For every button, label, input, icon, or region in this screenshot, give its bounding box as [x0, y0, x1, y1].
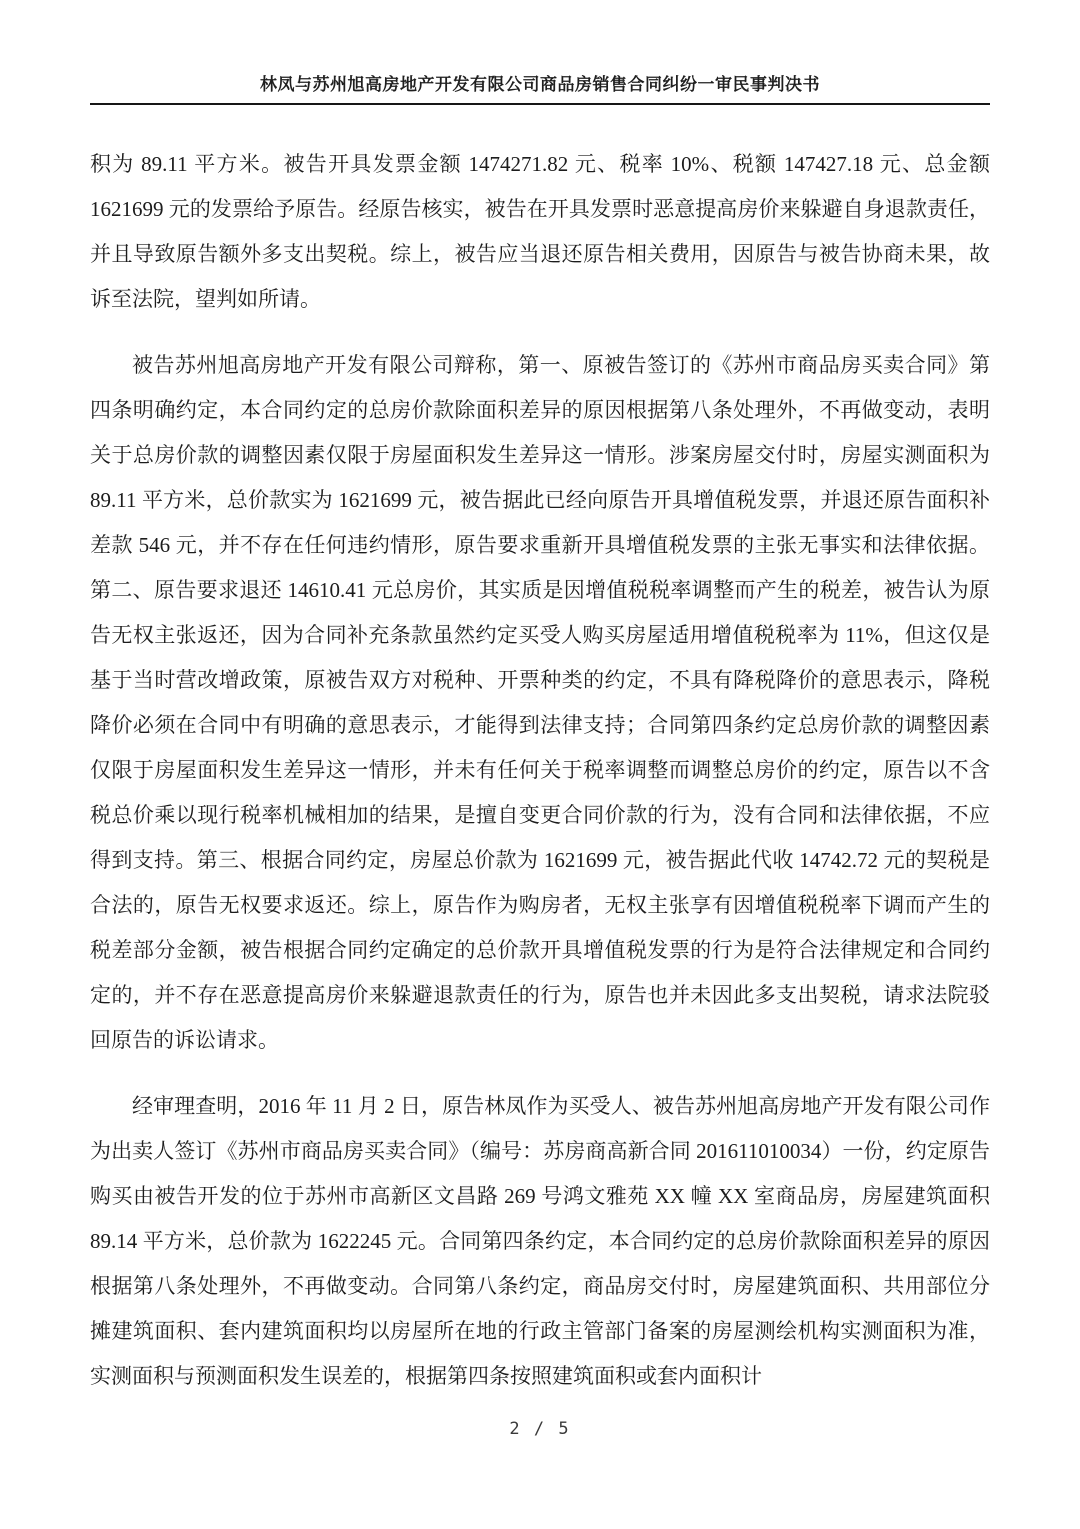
document-header: 林凤与苏州旭高房地产开发有限公司商品房销售合同纠纷一审民事判决书 — [90, 0, 990, 105]
document-title: 林凤与苏州旭高房地产开发有限公司商品房销售合同纠纷一审民事判决书 — [90, 74, 990, 96]
document-body: 积为 89.11 平方米。被告开具发票金额 1474271.82 元、税率 10… — [90, 105, 990, 1399]
page-number: 2 / 5 — [0, 1419, 1080, 1439]
paragraph-defendant-defense: 被告苏州旭高房地产开发有限公司辩称，第一、原被告签订的《苏州市商品房买卖合同》第… — [90, 343, 990, 1063]
document-page: 林凤与苏州旭高房地产开发有限公司商品房销售合同纠纷一审民事判决书 积为 89.1… — [0, 0, 1080, 1529]
paragraph-court-findings: 经审理查明，2016 年 11 月 2 日，原告林凤作为买受人、被告苏州旭高房地… — [90, 1084, 990, 1399]
paragraph-plaintiff-claim-continuation: 积为 89.11 平方米。被告开具发票金额 1474271.82 元、税率 10… — [90, 142, 990, 322]
